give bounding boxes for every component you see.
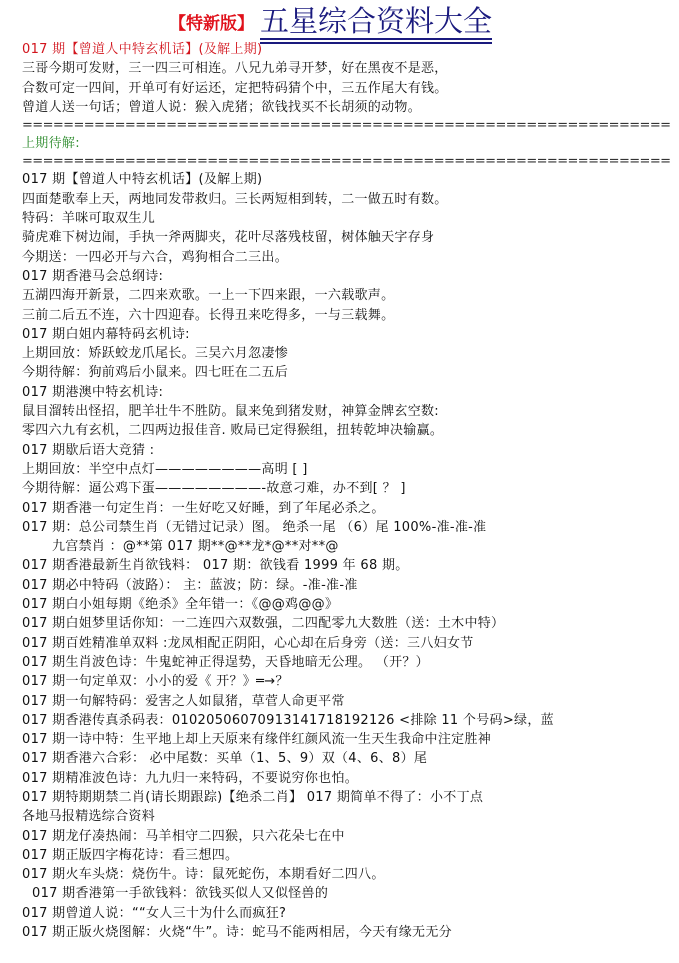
- body-line: 017 期生肖波色诗：牛鬼蛇神正得逞势，天昏地暗无公理。 （开？）: [22, 653, 679, 672]
- body-line: 017 期香港一句定生肖：一生好吃又好睡，到了年尾必杀之。: [22, 499, 679, 518]
- body-line: 017 期【曾道人中特玄机话】(及解上期): [22, 170, 679, 189]
- separator-1: ========================================…: [22, 117, 679, 134]
- body-line: 017 期百姓精准单双料 :龙凤相配正阴阳，心心却在后身旁（送：三八妇女节: [22, 634, 679, 653]
- body-line: 017 期香港最新生肖欲钱料： 017 期：欲钱看 1999 年 68 期。: [22, 556, 679, 575]
- body-line: 017 期香港第一手欲钱料：欲钱买似人又似怪兽的: [22, 884, 679, 903]
- body-line: 017 期必中特码（波路）： 主：蓝波；防：绿。-准-准-准: [22, 576, 679, 595]
- body-line: 017 期一诗中特：生平地上却上天原来有缘伴红颜风流一生天生我命中注定胜神: [22, 730, 679, 749]
- body-line: 017 期一句定单双：小小的爱《 开？》═→？: [22, 672, 679, 691]
- body-line: 五湖四海开新景，二四来欢歌。一上一下四来跟，一六载歌声。: [22, 286, 679, 305]
- document-page: 【特新版】 五星综合资料大全 017 期【曾道人中特玄机话】(及解上期) 三哥今…: [0, 0, 679, 942]
- body-line: 各地马报精选综合资料: [22, 807, 679, 826]
- body-line: 017 期特期期禁二肖(请长期跟踪)【绝杀二肖】 017 期简单不得了：小不丁点: [22, 788, 679, 807]
- body-line: 017 期精准波色诗：九九归一来特码，不要说穷你也怕。: [22, 769, 679, 788]
- body-line: 017 期曾道人说：““女人三十为什么而疯狂?: [22, 904, 679, 923]
- body-line: 017 期白姐内幕特码玄机诗:: [22, 325, 679, 344]
- previous-label: 上期待解:: [22, 134, 679, 153]
- body-line: 017 期港澳中特玄机诗:: [22, 383, 679, 402]
- edition-badge: 【特新版】: [169, 9, 254, 34]
- body-line: 017 期香港传真杀码表：010205060709131417181921​26…: [22, 711, 679, 730]
- body-line: 017 期一句解特码：爱害之人如鼠猪，草菅人命更平常: [22, 692, 679, 711]
- body-line: 鼠目溜转出怪招，肥羊壮牛不胜防。鼠来兔到猪发财，神算金牌玄空数:: [22, 402, 679, 421]
- body-line: 今期待解：狗前鸡后小鼠来。四七旺在二五后: [22, 363, 679, 382]
- body-line: 017 期白姐梦里话你知：一二连四六双数强，二四配零九大数胜（送：土木中特）: [22, 614, 679, 633]
- body-line: 今期送：一四必开与六合，鸡狗相合二三出。: [22, 248, 679, 267]
- body-line: 017 期：总公司禁生肖（无错过记录）图。 绝杀一尾 （6）尾 100%-准-准…: [22, 518, 679, 537]
- page-title: 五星综合资料大全: [260, 4, 492, 40]
- top-line-3: 曾道人送一句话；曾道人说：猴入虎猪；欲钱找买不长胡须的动物。: [22, 98, 679, 117]
- separator-2: ========================================…: [22, 153, 679, 170]
- body-line: 017 期香港马会总纲诗:: [22, 267, 679, 286]
- body-line: 017 期白小姐每期《绝杀》全年错一：《@@鸡@@》: [22, 595, 679, 614]
- top-heading: 017 期【曾道人中特玄机话】(及解上期): [22, 40, 679, 59]
- body-line: 四面楚歌奉上天，两地同发带救归。三长两短相到转，二一做五时有数。: [22, 190, 679, 209]
- body-line: 017 期香港六合彩： 必中尾数：买单（1、5、9）双（4、6、8）尾: [22, 749, 679, 768]
- page-header: 【特新版】 五星综合资料大全: [22, 0, 679, 40]
- body-line: 017 期正版四字梅花诗：看三想四。: [22, 846, 679, 865]
- body-line: 骑虎难下树边闹，手执一斧两脚夹，花叶尽落残枝留，树体触天字存身: [22, 228, 679, 247]
- body-line: 特码：羊咪可取双生儿: [22, 209, 679, 228]
- body-line: 017 期火车头烧：烧伤牛。诗：鼠死蛇伤，本期看好二四八。: [22, 865, 679, 884]
- body-line: 零四六九有玄机，二四两边报佳音. 败局已定得猴组，扭转乾坤决输赢。: [22, 421, 679, 440]
- top-line-1: 三哥今期可发财，三一四三可相连。八兄九弟寻开梦，好在黑夜不是恶，: [22, 59, 679, 78]
- body-line: 017 期正版火烧图解：火烧“牛”。诗：蛇马不能两相居，今天有缘无无分: [22, 923, 679, 942]
- body-line: 今期待解：逼公鸡下蛋————————-故意刁难，办不到[ ？ ]: [22, 479, 679, 498]
- body-line: 017 期歇后语大竞猜 :: [22, 441, 679, 460]
- top-line-2: 合数可定一四间，开单可有好运还，定把特码猜个中，三五作尾大有钱。: [22, 79, 679, 98]
- body-line: 上期回放：半空中点灯————————高明 [ ]: [22, 460, 679, 479]
- body-line: 017 期龙仔凑热闹：马羊相守二四猴，只六花朵七在中: [22, 827, 679, 846]
- body-line: 上期回放：矫跃蛟龙爪尾长。三吴六月忽凄惨: [22, 344, 679, 363]
- body-line: 三前二后五不连，六十四迎春。长得丑来吃得多，一与三载舞。: [22, 306, 679, 325]
- body-line: 九宫禁肖 ：@**第 017 期**@**龙*@**对**@: [22, 537, 679, 556]
